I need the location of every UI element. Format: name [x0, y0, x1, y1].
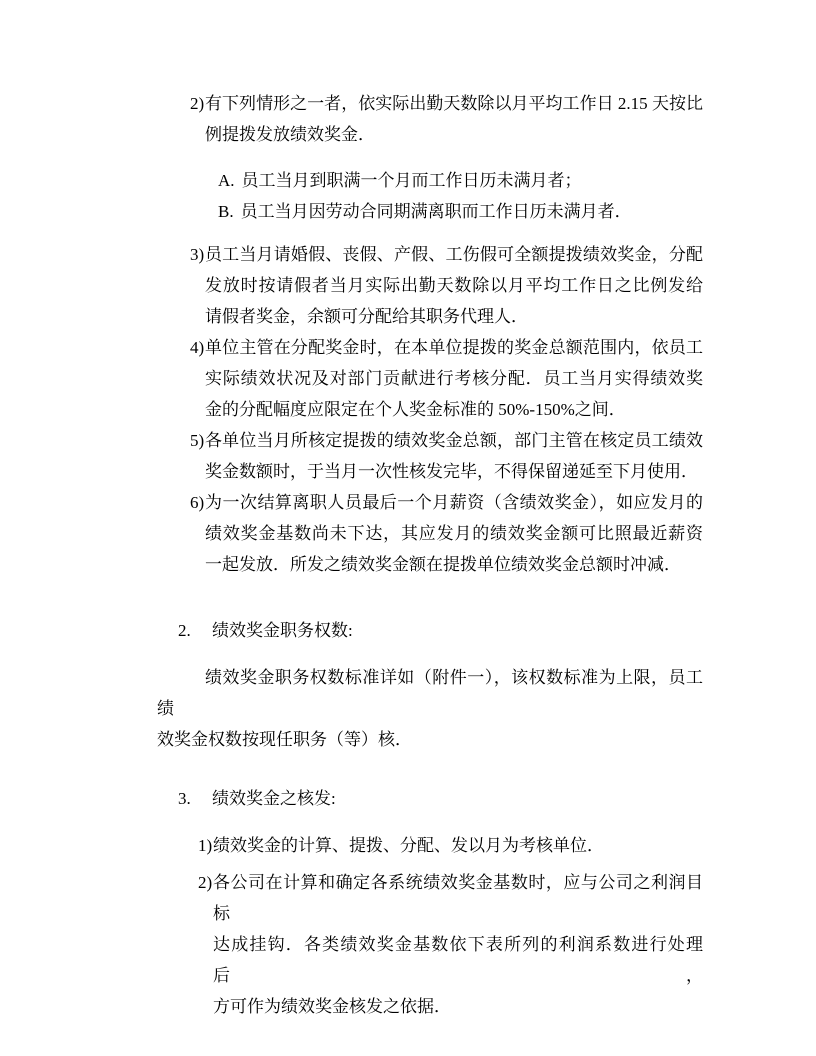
section-2-paragraph: 绩效奖金职务权数标准详如（附件一），该权数标准为上限，员工绩 效奖金权数按现任职… — [157, 662, 703, 755]
sub-item-text: 员工当月因劳动合同期满离职而工作日历未满月者． — [241, 202, 632, 221]
section-title: 绩效奖金之核发: — [212, 789, 336, 808]
list-item-line: 各单位当月所核定提拨的绩效奖金总额，部门主管在核定员工绩效 — [205, 425, 703, 456]
sub-item-a: A.员工当月到职满一个月而工作日历未满月者； — [218, 165, 816, 196]
section-number: 2. — [178, 615, 191, 646]
section-number: 3. — [178, 783, 191, 814]
list-item-number: 6) — [190, 487, 204, 518]
list-item-number: 2) — [190, 88, 204, 119]
sub-item-label: B. — [218, 202, 234, 221]
list-item-line: 例提拨发放绩效奖金． — [205, 119, 703, 150]
list-item-line: 发放时按请假者当月实际出勤天数除以月平均工作日之比例发给 — [205, 270, 703, 301]
list-item-line: 金的分配幅度应限定在个人奖金标准的 50%-150%之间． — [205, 394, 703, 425]
list-item-5: 5) 各单位当月所核定提拨的绩效奖金总额，部门主管在核定员工绩效 奖金数额时，于… — [190, 425, 703, 487]
sub-item-text: 员工当月到职满一个月而工作日历未满月者； — [242, 171, 582, 190]
list-item-line: 有下列情形之一者，依实际出勤天数除以月平均工作日 2.15 天按比 — [205, 88, 703, 119]
list-item-number: 1) — [198, 830, 212, 861]
list-item-number: 5) — [190, 425, 204, 456]
section-title: 绩效奖金职务权数: — [212, 621, 353, 640]
list-item-line: 奖金数额时，于当月一次性核发完毕，不得保留递延至下月使用． — [205, 456, 703, 487]
list-item-line: 达成挂钩．各类绩效奖金基数依下表所列的利润系数进行处理后， — [213, 929, 703, 991]
list-item-line: 单位主管在分配奖金时，在本单位提拨的奖金总额范围内，依员工 — [205, 332, 703, 363]
document-page: 2) 有下列情形之一者，依实际出勤天数除以月平均工作日 2.15 天按比 例提拨… — [0, 0, 816, 1056]
list-item-number: 3) — [190, 239, 204, 270]
list-item-line: 方可作为绩效奖金核发之依据． — [213, 991, 703, 1022]
sub-item-list: A.员工当月到职满一个月而工作日历未满月者； B.员工当月因劳动合同期满离职而工… — [218, 165, 816, 227]
list-item-line: 各公司在计算和确定各系统绩效奖金基数时，应与公司之利润目标 — [213, 867, 703, 929]
paragraph-line: 绩效奖金职务权数标准详如（附件一），该权数标准为上限，员工绩 — [157, 662, 703, 724]
list-item-line: 绩效奖金基数尚未下达，其应发月的绩效奖金额可比照最近薪资 — [205, 518, 703, 549]
section-3-item-1: 1) 绩效奖金的计算、提拨、分配、发以月为考核单位． — [198, 830, 703, 861]
list-item-line: 员工当月请婚假、丧假、产假、工伤假可全额提拨绩效奖金，分配 — [205, 239, 703, 270]
list-item-line: 为一次结算离职人员最后一个月薪资（含绩效奖金），如应发月的 — [205, 487, 703, 518]
sub-item-b: B.员工当月因劳动合同期满离职而工作日历未满月者． — [218, 196, 816, 227]
section-3-heading: 3. 绩效奖金之核发: — [178, 783, 816, 814]
list-item-6: 6) 为一次结算离职人员最后一个月薪资（含绩效奖金），如应发月的 绩效奖金基数尚… — [190, 487, 703, 580]
list-item-number: 2) — [198, 867, 212, 898]
section-2-heading: 2. 绩效奖金职务权数: — [178, 615, 816, 646]
section-3-item-2: 2) 各公司在计算和确定各系统绩效奖金基数时，应与公司之利润目标 达成挂钩．各类… — [198, 867, 703, 1022]
list-item-number: 4) — [190, 332, 204, 363]
list-item-line: 一起发放．所发之绩效奖金额在提拨单位绩效奖金总额时冲减． — [205, 549, 703, 580]
sub-item-label: A. — [218, 171, 235, 190]
list-item-4: 4) 单位主管在分配奖金时，在本单位提拨的奖金总额范围内，依员工 实际绩效状况及… — [190, 332, 703, 425]
list-item-line: 请假者奖金，余额可分配给其职务代理人． — [205, 301, 703, 332]
list-item-3: 3) 员工当月请婚假、丧假、产假、工伤假可全额提拨绩效奖金，分配 发放时按请假者… — [190, 239, 703, 332]
paragraph-line: 效奖金权数按现任职务（等）核． — [157, 724, 703, 755]
list-item-2: 2) 有下列情形之一者，依实际出勤天数除以月平均工作日 2.15 天按比 例提拨… — [190, 88, 703, 150]
list-item-line: 绩效奖金的计算、提拨、分配、发以月为考核单位． — [213, 830, 703, 861]
list-item-line: 实际绩效状况及对部门贡献进行考核分配．员工当月实得绩效奖 — [205, 363, 703, 394]
list-items-3-to-6: 3) 员工当月请婚假、丧假、产假、工伤假可全额提拨绩效奖金，分配 发放时按请假者… — [0, 239, 816, 580]
